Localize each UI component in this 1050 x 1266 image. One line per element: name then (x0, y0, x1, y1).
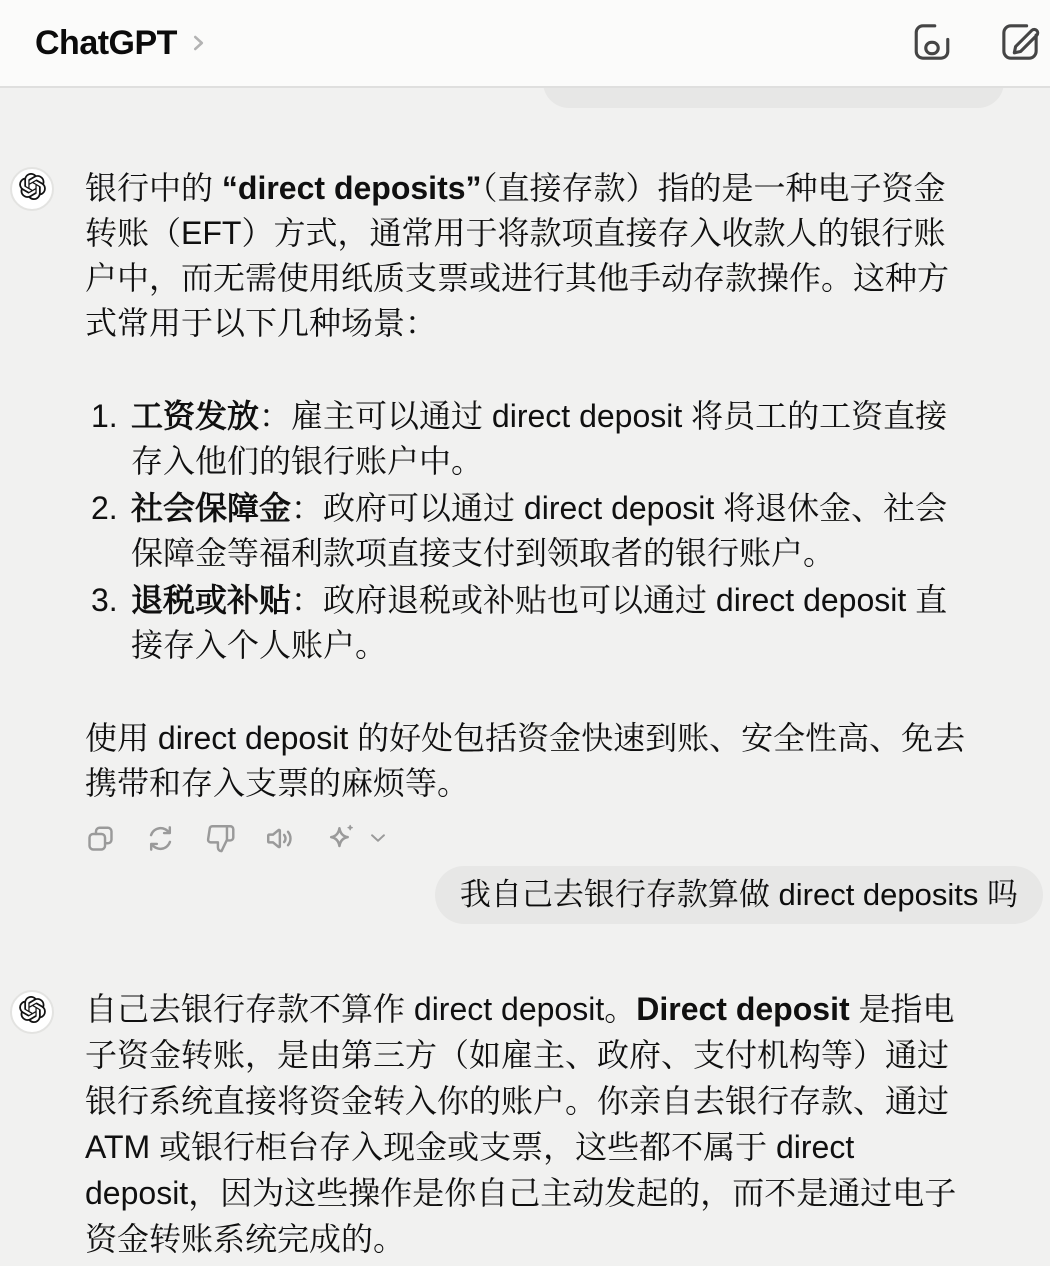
assistant-avatar (10, 990, 54, 1034)
temporary-chat-icon (910, 20, 954, 67)
list-colon: ： (291, 490, 323, 526)
answer-pre: 自己去银行存款不算作 direct deposit。 (85, 991, 636, 1027)
list-label: 工资发放 (131, 398, 259, 434)
intro-pre: 银行中的 (85, 170, 222, 206)
temporary-chat-button[interactable] (910, 20, 954, 67)
chevron-down-icon (367, 827, 389, 849)
list-item: 2.社会保障金：政府可以通过 direct deposit 将退休金、社会保障金… (91, 486, 973, 576)
assistant-answer-paragraph: 自己去银行存款不算作 direct deposit。Direct deposit… (85, 986, 973, 1262)
new-chat-button[interactable] (998, 20, 1042, 67)
model-badge-group (325, 822, 389, 855)
openai-logo-icon (19, 996, 46, 1028)
answer-bold-term: Direct deposit (636, 991, 849, 1027)
copy-button[interactable] (85, 823, 116, 854)
intro-bold-term: “direct deposits” (222, 170, 482, 206)
use-case-list: 1.工资发放：雇主可以通过 direct deposit 将员工的工资直接存入他… (85, 394, 973, 668)
chatgpt-app: ChatGPT (0, 0, 1050, 1266)
model-options-button[interactable] (367, 827, 389, 849)
read-aloud-button[interactable] (265, 823, 296, 854)
assistant-avatar (10, 167, 54, 211)
page-title: ChatGPT (35, 24, 177, 63)
list-label: 退税或补贴 (131, 582, 291, 618)
list-number: 2. (91, 486, 118, 531)
user-message-bubble: 我自己去银行存款算做 direct deposits 吗 (435, 866, 1043, 924)
list-item: 3.退税或补贴：政府退税或补贴也可以通过 direct deposit 直接存入… (91, 578, 973, 668)
list-colon: ： (259, 398, 291, 434)
new-chat-icon (998, 20, 1042, 67)
regenerate-button[interactable] (145, 823, 176, 854)
header-actions (910, 0, 1042, 86)
user-message-text: 我自己去银行存款算做 direct deposits 吗 (460, 877, 1018, 912)
sparkle-button[interactable] (325, 822, 358, 855)
list-number: 3. (91, 578, 118, 623)
answer-post: 是指电子资金转账，是由第三方（如雇主、政府、支付机构等）通过银行系统直接将资金转… (85, 991, 956, 1257)
model-switcher[interactable]: ChatGPT (35, 24, 211, 63)
message-action-bar (85, 820, 973, 856)
top-bar: ChatGPT (0, 0, 1050, 88)
read-aloud-icon (265, 823, 296, 854)
assistant-message-1-body: 银行中的 “direct deposits”（直接存款）指的是一种电子资金转账（… (85, 166, 973, 856)
list-label: 社会保障金 (131, 490, 291, 526)
list-item: 1.工资发放：雇主可以通过 direct deposit 将员工的工资直接存入他… (91, 394, 973, 484)
assistant-outro-paragraph: 使用 direct deposit 的好处包括资金快速到账、安全性高、免去携带和… (85, 716, 973, 806)
chevron-right-icon (185, 30, 211, 56)
sparkle-icon (325, 822, 358, 855)
assistant-message-2-body: 自己去银行存款不算作 direct deposit。Direct deposit… (85, 986, 973, 1262)
list-number: 1. (91, 394, 118, 439)
copy-icon (85, 823, 116, 854)
regenerate-icon (145, 823, 176, 854)
thumbs-down-button[interactable] (205, 823, 236, 854)
openai-logo-icon (19, 173, 46, 205)
thumbs-down-icon (205, 823, 236, 854)
assistant-intro-paragraph: 银行中的 “direct deposits”（直接存款）指的是一种电子资金转账（… (85, 166, 973, 346)
list-colon: ： (291, 582, 323, 618)
